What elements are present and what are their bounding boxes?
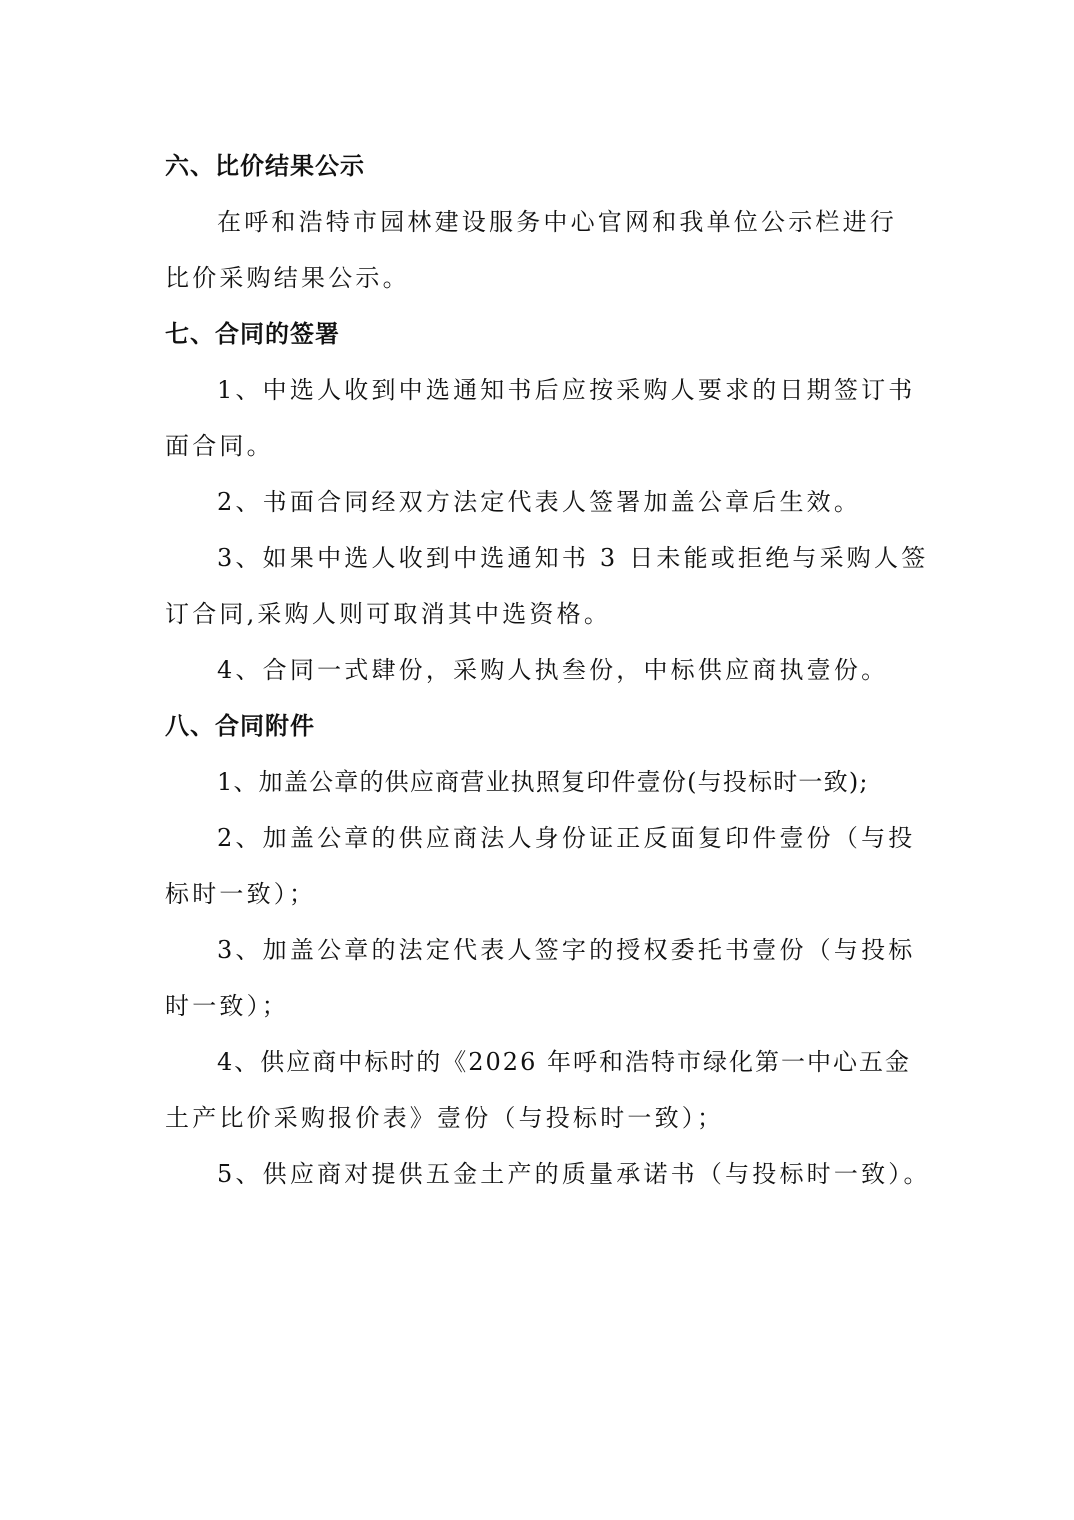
list-item-line: 1、加盖公章的供应商营业执照复印件壹份(与投标时一致); <box>165 754 913 810</box>
list-item-line: 土产比价采购报价表》壹份（与投标时一致）； <box>165 1090 913 1146</box>
list-item-line: 3、加盖公章的法定代表人签字的授权委托书壹份（与投标 <box>165 922 913 978</box>
section-heading-contract-attachments: 八、合同附件 <box>165 698 913 754</box>
list-item-line: 4、合同一式肆份，采购人执叁份，中标供应商执壹份。 <box>165 642 913 698</box>
paragraph-line: 在呼和浩特市园林建设服务中心官网和我单位公示栏进行 <box>165 194 913 250</box>
list-item-line: 5、供应商对提供五金土产的质量承诺书（与投标时一致）。 <box>165 1146 913 1202</box>
paragraph-line: 比价采购结果公示。 <box>165 250 913 306</box>
list-item-line: 时一致）； <box>165 978 913 1034</box>
list-item-line: 2、书面合同经双方法定代表人签署加盖公章后生效。 <box>165 474 913 530</box>
document-page: 六、比价结果公示 在呼和浩特市园林建设服务中心官网和我单位公示栏进行 比价采购结… <box>165 138 913 1202</box>
section-heading-results-publication: 六、比价结果公示 <box>165 138 913 194</box>
list-item-line: 标时一致）； <box>165 866 913 922</box>
list-item-line: 4、供应商中标时的《2026 年呼和浩特市绿化第一中心五金 <box>165 1034 913 1090</box>
list-item-line: 面合同。 <box>165 418 913 474</box>
list-item-line: 3、如果中选人收到中选通知书 3 日未能或拒绝与采购人签 <box>165 530 913 586</box>
section-heading-contract-signing: 七、合同的签署 <box>165 306 913 362</box>
list-item-line: 2、加盖公章的供应商法人身份证正反面复印件壹份（与投 <box>165 810 913 866</box>
list-item-line: 订合同,采购人则可取消其中选资格。 <box>165 586 913 642</box>
list-item-line: 1、中选人收到中选通知书后应按采购人要求的日期签订书 <box>165 362 913 418</box>
